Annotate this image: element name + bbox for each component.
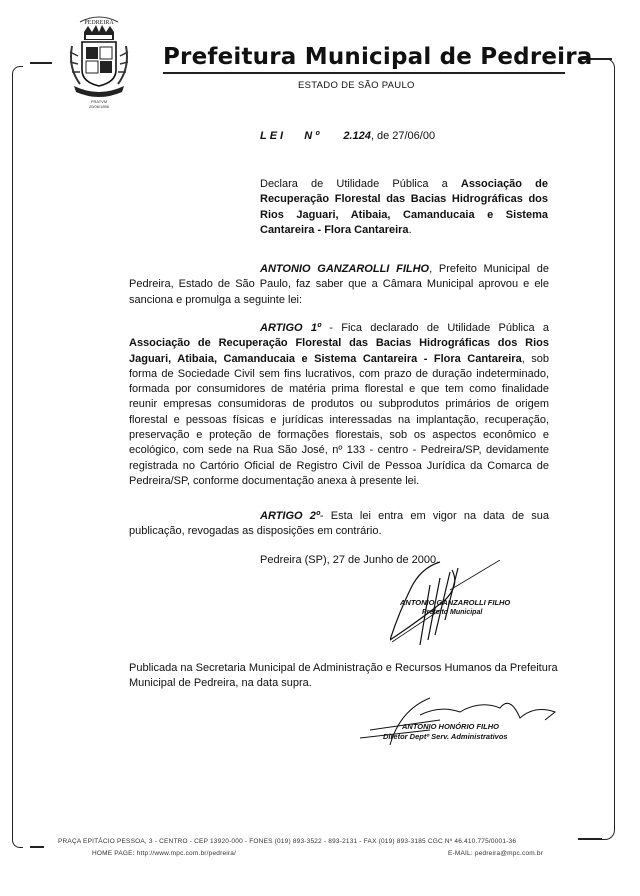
law-date: , de 27/06/00	[371, 130, 435, 142]
city-crest-icon: PEDREIRA PRATVM 20/06/1896	[62, 12, 136, 108]
article-2-text: - Esta lei entra em vigor na data de sua…	[129, 510, 549, 537]
director-role: Diretor Deptº Serv. Administrativos	[383, 732, 508, 741]
footer-address: PRAÇA EPITÁCIO PESSOA, 3 - CENTRO - CEP …	[58, 838, 516, 845]
frame-dash-bottom-right	[578, 838, 602, 840]
summary-end: .	[409, 224, 412, 236]
article-1-entity: Associação de Recuperação Florestal das …	[129, 337, 549, 364]
frame-dash-bottom-left	[30, 846, 44, 848]
article-1-label: ARTIGO 1º	[260, 322, 321, 334]
article-1-text: , sob forma de Sociedade Civil sem fins …	[129, 353, 549, 487]
mayor-name-signature: ANTONIO GANZAROLLI FILHO	[400, 598, 510, 607]
mayor-name: ANTONIO GANZAROLLI FILHO	[260, 263, 429, 275]
svg-text:PEDREIRA: PEDREIRA	[84, 20, 114, 26]
article-1-lead: - Fica declarado de Utilidade Pública a	[321, 322, 549, 334]
article-2-label: ARTIGO 2º	[260, 510, 320, 522]
footer-email: E-MAIL: pedreira@mpc.com.br	[448, 850, 543, 857]
footer-homepage: HOME PAGE: http://www.mpc.com.br/pedreir…	[92, 850, 236, 857]
summary-text: Declara de Utilidade Pública a	[260, 178, 461, 190]
law-heading: LEI Nº 2.124, de 27/06/00	[260, 130, 435, 142]
mayor-role: Prefeito Municipal	[422, 609, 482, 616]
law-prefix: LEI Nº	[260, 130, 322, 142]
law-summary: Declara de Utilidade Pública a Associaçã…	[260, 177, 548, 238]
svg-text:20/06/1896: 20/06/1896	[89, 104, 110, 108]
publication-note: Publicada na Secretaria Municipal de Adm…	[129, 661, 559, 692]
law-number: 2.124	[343, 130, 371, 142]
frame-dash-left	[30, 62, 52, 64]
article-1: ARTIGO 1º - Fica declarado de Utilidade …	[129, 321, 549, 489]
article-2: ARTIGO 2º- Esta lei entra em vigor na da…	[129, 509, 549, 540]
state-subtitle: ESTADO DE SÃO PAULO	[298, 80, 415, 91]
page-title: Prefeitura Municipal de Pedreira	[163, 44, 593, 70]
frame-left	[12, 66, 23, 848]
preamble: ANTONIO GANZAROLLI FILHO, Prefeito Munic…	[129, 262, 549, 308]
title-underline	[163, 72, 565, 74]
director-name-signature: ANTONIO HONÓRIO FILHO	[402, 722, 499, 731]
frame-right	[600, 58, 615, 840]
